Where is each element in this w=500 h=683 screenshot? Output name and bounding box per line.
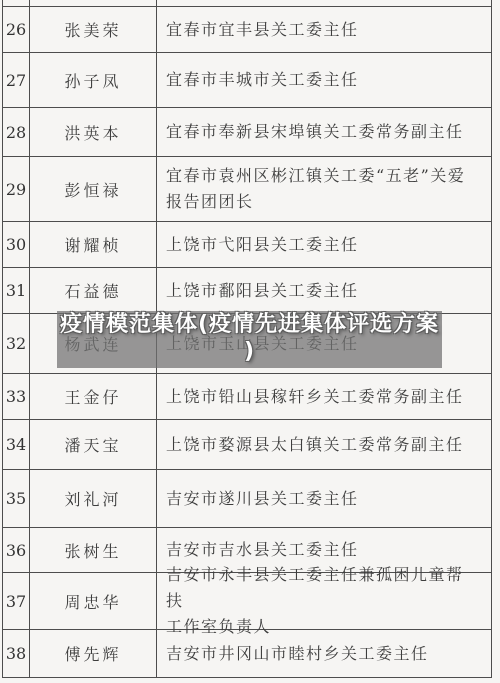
person-name: 张树生	[30, 528, 157, 572]
table-row: 33 王金仔 上饶市铅山县稼轩乡关工委常务副主任	[3, 374, 491, 420]
position-title: 上饶市鄱阳县关工委主任	[157, 268, 491, 313]
person-name: 傅先辉	[30, 630, 157, 677]
person-name: 彭恒禄	[30, 157, 157, 221]
person-name: 孙子凤	[30, 53, 157, 107]
person-name: 王金仔	[30, 374, 157, 419]
row-number: 35	[3, 470, 30, 527]
person-name: 周忠华	[30, 573, 157, 629]
position-title: 上饶市弋阳县关工委主任	[157, 222, 491, 267]
row-number: 33	[3, 374, 30, 419]
row-number: 37	[3, 573, 30, 629]
row-number-cell	[3, 0, 30, 6]
row-number: 36	[3, 528, 30, 572]
position-title: 吉安市井冈山市睦村乡关工委主任	[157, 630, 491, 677]
row-number: 30	[3, 222, 30, 267]
table-row: 27 孙子凤 宜春市丰城市关工委主任	[3, 53, 491, 108]
person-name-cell	[30, 0, 157, 6]
row-number: 34	[3, 420, 30, 469]
position-title: 上饶市婺源县太白镇关工委常务副主任	[157, 420, 491, 469]
watermark-text-line2: )	[244, 338, 255, 365]
table-row: 37 周忠华 吉安市永丰县关工委主任兼孤困儿童帮扶 工作室负责人	[3, 573, 491, 630]
table-row: 34 潘天宝 上饶市婺源县太白镇关工委常务副主任	[3, 420, 491, 470]
row-number: 31	[3, 268, 30, 313]
position-title: 宜春市袁州区彬江镇关工委“五老”关爱 报告团团长	[157, 157, 491, 221]
row-number: 26	[3, 7, 30, 52]
position-title-cell	[157, 0, 491, 6]
watermark-overlay: 疫情模范集体(疫情先进集体评选方案 )	[57, 311, 442, 368]
row-number: 28	[3, 108, 30, 156]
person-name: 洪英本	[30, 108, 157, 156]
person-name: 张美荣	[30, 7, 157, 52]
row-number: 29	[3, 157, 30, 221]
position-title: 宜春市奉新县宋埠镇关工委常务副主任	[157, 108, 491, 156]
table-row: 30 谢耀桢 上饶市弋阳县关工委主任	[3, 222, 491, 268]
position-title: 吉安市遂川县关工委主任	[157, 470, 491, 527]
position-title: 宜春市丰城市关工委主任	[157, 53, 491, 107]
table-row: 38 傅先辉 吉安市井冈山市睦村乡关工委主任	[3, 630, 491, 678]
position-title: 宜春市宜丰县关工委主任	[157, 7, 491, 52]
watermark-text-line1: 疫情模范集体(疫情先进集体评选方案	[60, 311, 439, 338]
person-name: 谢耀桢	[30, 222, 157, 267]
row-number: 38	[3, 630, 30, 677]
table-row: 29 彭恒禄 宜春市袁州区彬江镇关工委“五老”关爱 报告团团长	[3, 157, 491, 222]
table-row: 35 刘礼河 吉安市遂川县关工委主任	[3, 470, 491, 528]
table-row: 28 洪英本 宜春市奉新县宋埠镇关工委常务副主任	[3, 108, 491, 157]
table-row-partial	[3, 0, 491, 7]
person-name: 潘天宝	[30, 420, 157, 469]
row-number: 32	[3, 314, 30, 373]
table-row: 31 石益德 上饶市鄱阳县关工委主任	[3, 268, 491, 314]
position-title: 吉安市永丰县关工委主任兼孤困儿童帮扶 工作室负责人	[157, 573, 491, 629]
document-page: 26 张美荣 宜春市宜丰县关工委主任 27 孙子凤 宜春市丰城市关工委主任 28…	[0, 0, 500, 683]
position-title: 上饶市铅山县稼轩乡关工委常务副主任	[157, 374, 491, 419]
row-number: 27	[3, 53, 30, 107]
person-name: 石益德	[30, 268, 157, 313]
person-name: 刘礼河	[30, 470, 157, 527]
table-row: 26 张美荣 宜春市宜丰县关工委主任	[3, 7, 491, 53]
